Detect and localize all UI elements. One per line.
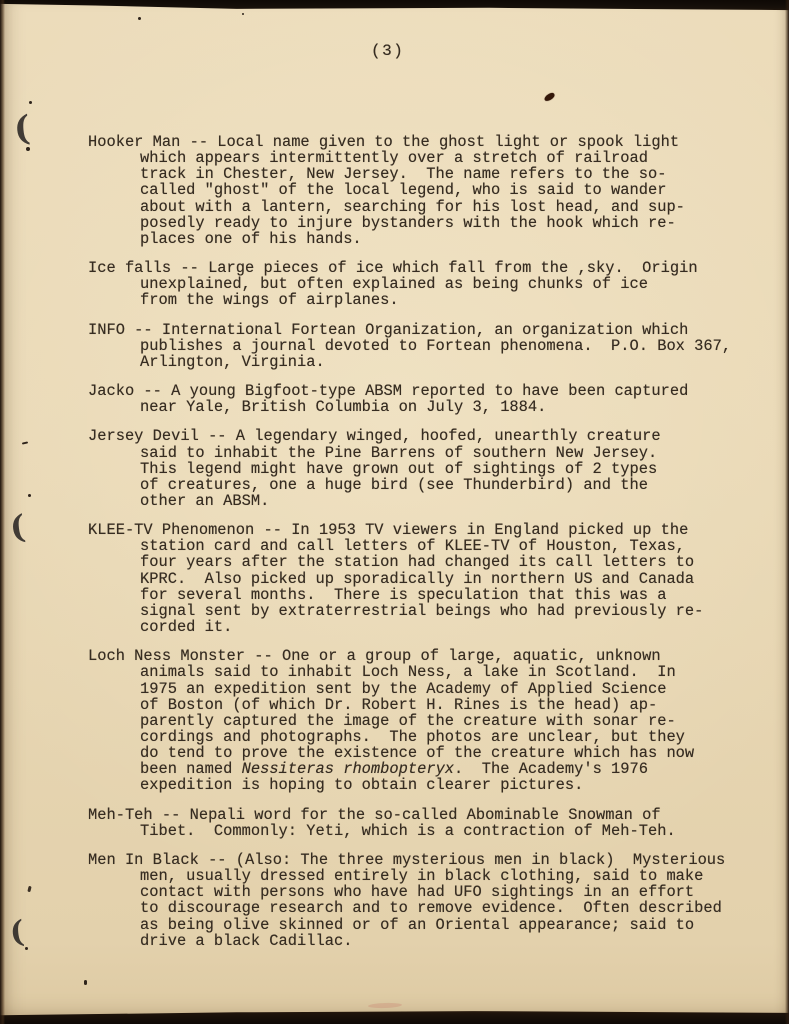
text-line: near Yale, British Columbia on July 3, 1… — [88, 399, 768, 415]
text-line: other an ABSM. — [88, 493, 768, 509]
text-line: Ice falls -- Large pieces of ice which f… — [88, 260, 768, 276]
text-line: Men In Black -- (Also: The three mysteri… — [88, 852, 768, 868]
glossary-entry-jersey-devil: Jersey Devil -- A legendary winged, hoof… — [88, 428, 768, 509]
text-line: Jacko -- A young Bigfoot-type ABSM repor… — [88, 383, 768, 399]
scanned-document-page: (3) Hooker Man -- Local name given to th… — [0, 0, 789, 1024]
text-line: Jersey Devil -- A legendary winged, hoof… — [88, 428, 768, 444]
pencil-tick — [27, 886, 31, 893]
text-line: INFO -- International Fortean Organizati… — [88, 322, 768, 338]
glossary-entry-meh-teh: Meh-Teh -- Nepali word for the so-called… — [88, 807, 768, 839]
text-line: contact with persons who have had UFO si… — [88, 884, 768, 900]
text-line: four years after the station had changed… — [88, 554, 768, 570]
text-line: men, usually dressed entirely in black c… — [88, 868, 768, 884]
text-line: cordings and photographs. The photos are… — [88, 729, 768, 745]
text-line: 1975 an expedition sent by the Academy o… — [88, 681, 768, 697]
text-line: places one of his hands. — [88, 231, 768, 247]
pencil-dot — [28, 494, 31, 497]
faint-smudge — [368, 1002, 402, 1008]
text-line: of creatures, one a huge bird (see Thund… — [88, 477, 768, 493]
glossary-entry-info: INFO -- International Fortean Organizati… — [88, 322, 768, 370]
pencil-dot — [26, 147, 30, 151]
document-body: Hooker Man -- Local name given to the gh… — [88, 134, 768, 962]
text-line: for several months. There is speculation… — [88, 587, 768, 603]
pencil-mark-paren: ( — [13, 111, 32, 146]
text-line: Hooker Man -- Local name given to the gh… — [88, 134, 768, 150]
text-line: of Boston (of which Dr. Robert H. Rines … — [88, 697, 768, 713]
scan-edge-left — [0, 0, 5, 1024]
pencil-dash — [22, 441, 28, 444]
text-line: expedition is hoping to obtain clearer p… — [88, 777, 768, 793]
text-line: Tibet. Commonly: Yeti, which is a contra… — [88, 823, 768, 839]
glossary-entry-ice-falls: Ice falls -- Large pieces of ice which f… — [88, 260, 768, 308]
text-line: said to inhabit the Pine Barrens of sout… — [88, 445, 768, 461]
text-line: unexplained, but often explained as bein… — [88, 276, 768, 292]
dust-speck — [138, 17, 141, 20]
text-line: to discourage research and to remove evi… — [88, 900, 768, 916]
glossary-entry-men-in-black: Men In Black -- (Also: The three mysteri… — [88, 852, 768, 949]
text-line: called "ghost" of the local legend, who … — [88, 182, 768, 198]
ink-speck — [543, 92, 556, 102]
dust-speck — [242, 13, 244, 15]
text-line: This legend might have grown out of sigh… — [88, 461, 768, 477]
text-line: Meh-Teh -- Nepali word for the so-called… — [88, 807, 768, 823]
text-line: posedly ready to injure bystanders with … — [88, 215, 768, 231]
text-line: Loch Ness Monster -- One or a group of l… — [88, 648, 768, 664]
scan-edge-right — [785, 0, 789, 1024]
text-line: been named Nessiteras rhombopteryx. The … — [88, 761, 768, 777]
text-line: signal sent by extraterrestrial beings w… — [88, 603, 768, 619]
scan-edge-bottom — [0, 1009, 789, 1024]
pencil-mark-paren: ( — [8, 510, 27, 544]
glossary-entry-klee-tv-phenomenon: KLEE-TV Phenomenon -- In 1953 TV viewers… — [88, 522, 768, 635]
text-line: KLEE-TV Phenomenon -- In 1953 TV viewers… — [88, 522, 768, 538]
pencil-mark-paren: ( — [8, 917, 25, 948]
text-line: do tend to prove the existence of the cr… — [88, 745, 768, 761]
scan-edge-top — [0, 0, 789, 13]
text-line: about with a lantern, searching for his … — [88, 199, 768, 215]
pencil-dot — [29, 101, 32, 104]
pencil-dot — [25, 947, 28, 950]
text-line: parently captured the image of the creat… — [88, 713, 768, 729]
glossary-entry-jacko: Jacko -- A young Bigfoot-type ABSM repor… — [88, 383, 768, 415]
text-line: from the wings of airplanes. — [88, 292, 768, 308]
text-line: station card and call letters of KLEE-TV… — [88, 538, 768, 554]
text-line: animals said to inhabit Loch Ness, a lak… — [88, 664, 768, 680]
text-line: corded it. — [88, 619, 768, 635]
text-line: Arlington, Virginia. — [88, 354, 768, 370]
text-line: as being olive skinned or of an Oriental… — [88, 917, 768, 933]
text-line: KPRC. Also picked up sporadically in nor… — [88, 571, 768, 587]
text-line: track in Chester, New Jersey. The name r… — [88, 166, 768, 182]
glossary-entry-loch-ness-monster: Loch Ness Monster -- One or a group of l… — [88, 648, 768, 793]
dust-speck — [84, 980, 87, 985]
glossary-entry-hooker-man: Hooker Man -- Local name given to the gh… — [88, 134, 768, 247]
text-line: which appears intermittently over a stre… — [88, 150, 768, 166]
text-line: drive a black Cadillac. — [88, 933, 768, 949]
text-line: publishes a journal devoted to Fortean p… — [88, 338, 768, 354]
page-number: (3) — [371, 42, 404, 60]
